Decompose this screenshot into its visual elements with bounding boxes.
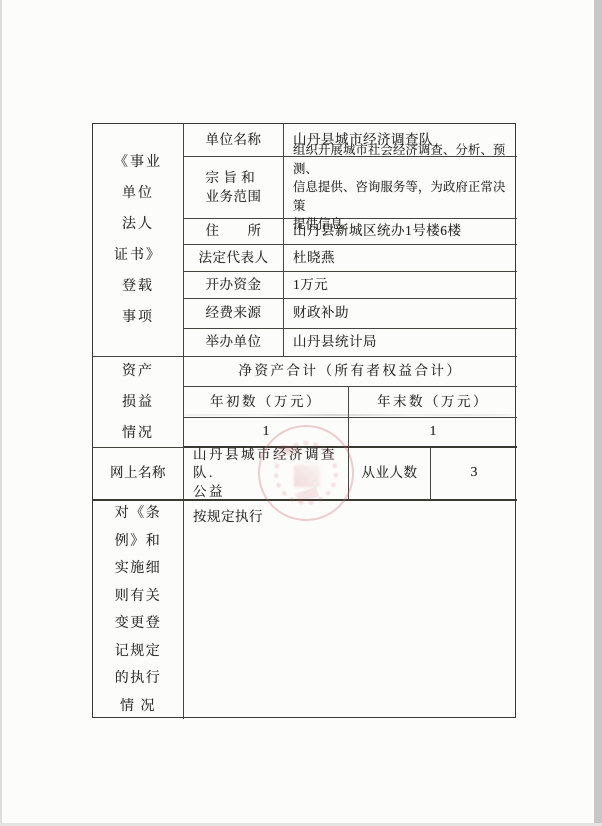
online-name-value: 山丹县城市经济调查队. 公益	[184, 448, 349, 501]
address-label: 住 所	[184, 219, 284, 245]
funding-source-value: 财政补助	[284, 299, 517, 329]
net-assets-title: 净资产合计（所有者权益合计）	[184, 357, 517, 387]
cert-section-header: 《事业 单位 法人 证书》 登载 事项	[93, 124, 184, 357]
organizer-value: 山丹县统计局	[284, 329, 517, 357]
registration-info-table: 《事业 单位 法人 证书》 登载 事项 单位名称 山丹县城市经济调查队 宗 旨 …	[92, 123, 516, 718]
purpose-scope-label: 宗 旨 和 业务范围	[184, 157, 284, 219]
page-edge-left	[0, 0, 2, 826]
scanned-document-page: 《事业 单位 法人 证书》 登载 事项 单位名称 山丹县城市经济调查队 宗 旨 …	[0, 0, 602, 826]
organizer-label: 举办单位	[184, 329, 284, 357]
funding-source-label: 经费来源	[184, 299, 284, 329]
legal-rep-value: 杜晓燕	[284, 245, 517, 272]
staff-count-value: 3	[431, 448, 517, 501]
assets-section-header: 资产 损益 情况	[93, 357, 184, 448]
staff-count-label: 从业人数	[349, 448, 431, 501]
compliance-section-header: 对《条 例》和 实施细 则有关 变更登 记规定 的执行 情 况	[93, 501, 184, 719]
year-end-value: 1	[349, 418, 517, 448]
legal-rep-label: 法定代表人	[184, 245, 284, 272]
year-begin-header: 年初数（万元）	[184, 387, 349, 418]
year-end-header: 年末数（万元）	[349, 387, 517, 418]
address-value: 山丹县新城区统办1号楼6楼	[284, 219, 517, 245]
opening-capital-label: 开办资金	[184, 272, 284, 299]
page-edge-right	[594, 0, 602, 826]
purpose-scope-value: 组织开展城市社会经济调查、分析、预测、 信息提供、咨询服务等，为政府正常决策 提…	[284, 157, 517, 219]
compliance-value: 按规定执行	[184, 501, 517, 719]
online-name-label: 网上名称	[93, 448, 184, 501]
unit-name-label: 单位名称	[184, 124, 284, 157]
opening-capital-value: 1万元	[284, 272, 517, 299]
year-begin-value: 1	[184, 418, 349, 448]
